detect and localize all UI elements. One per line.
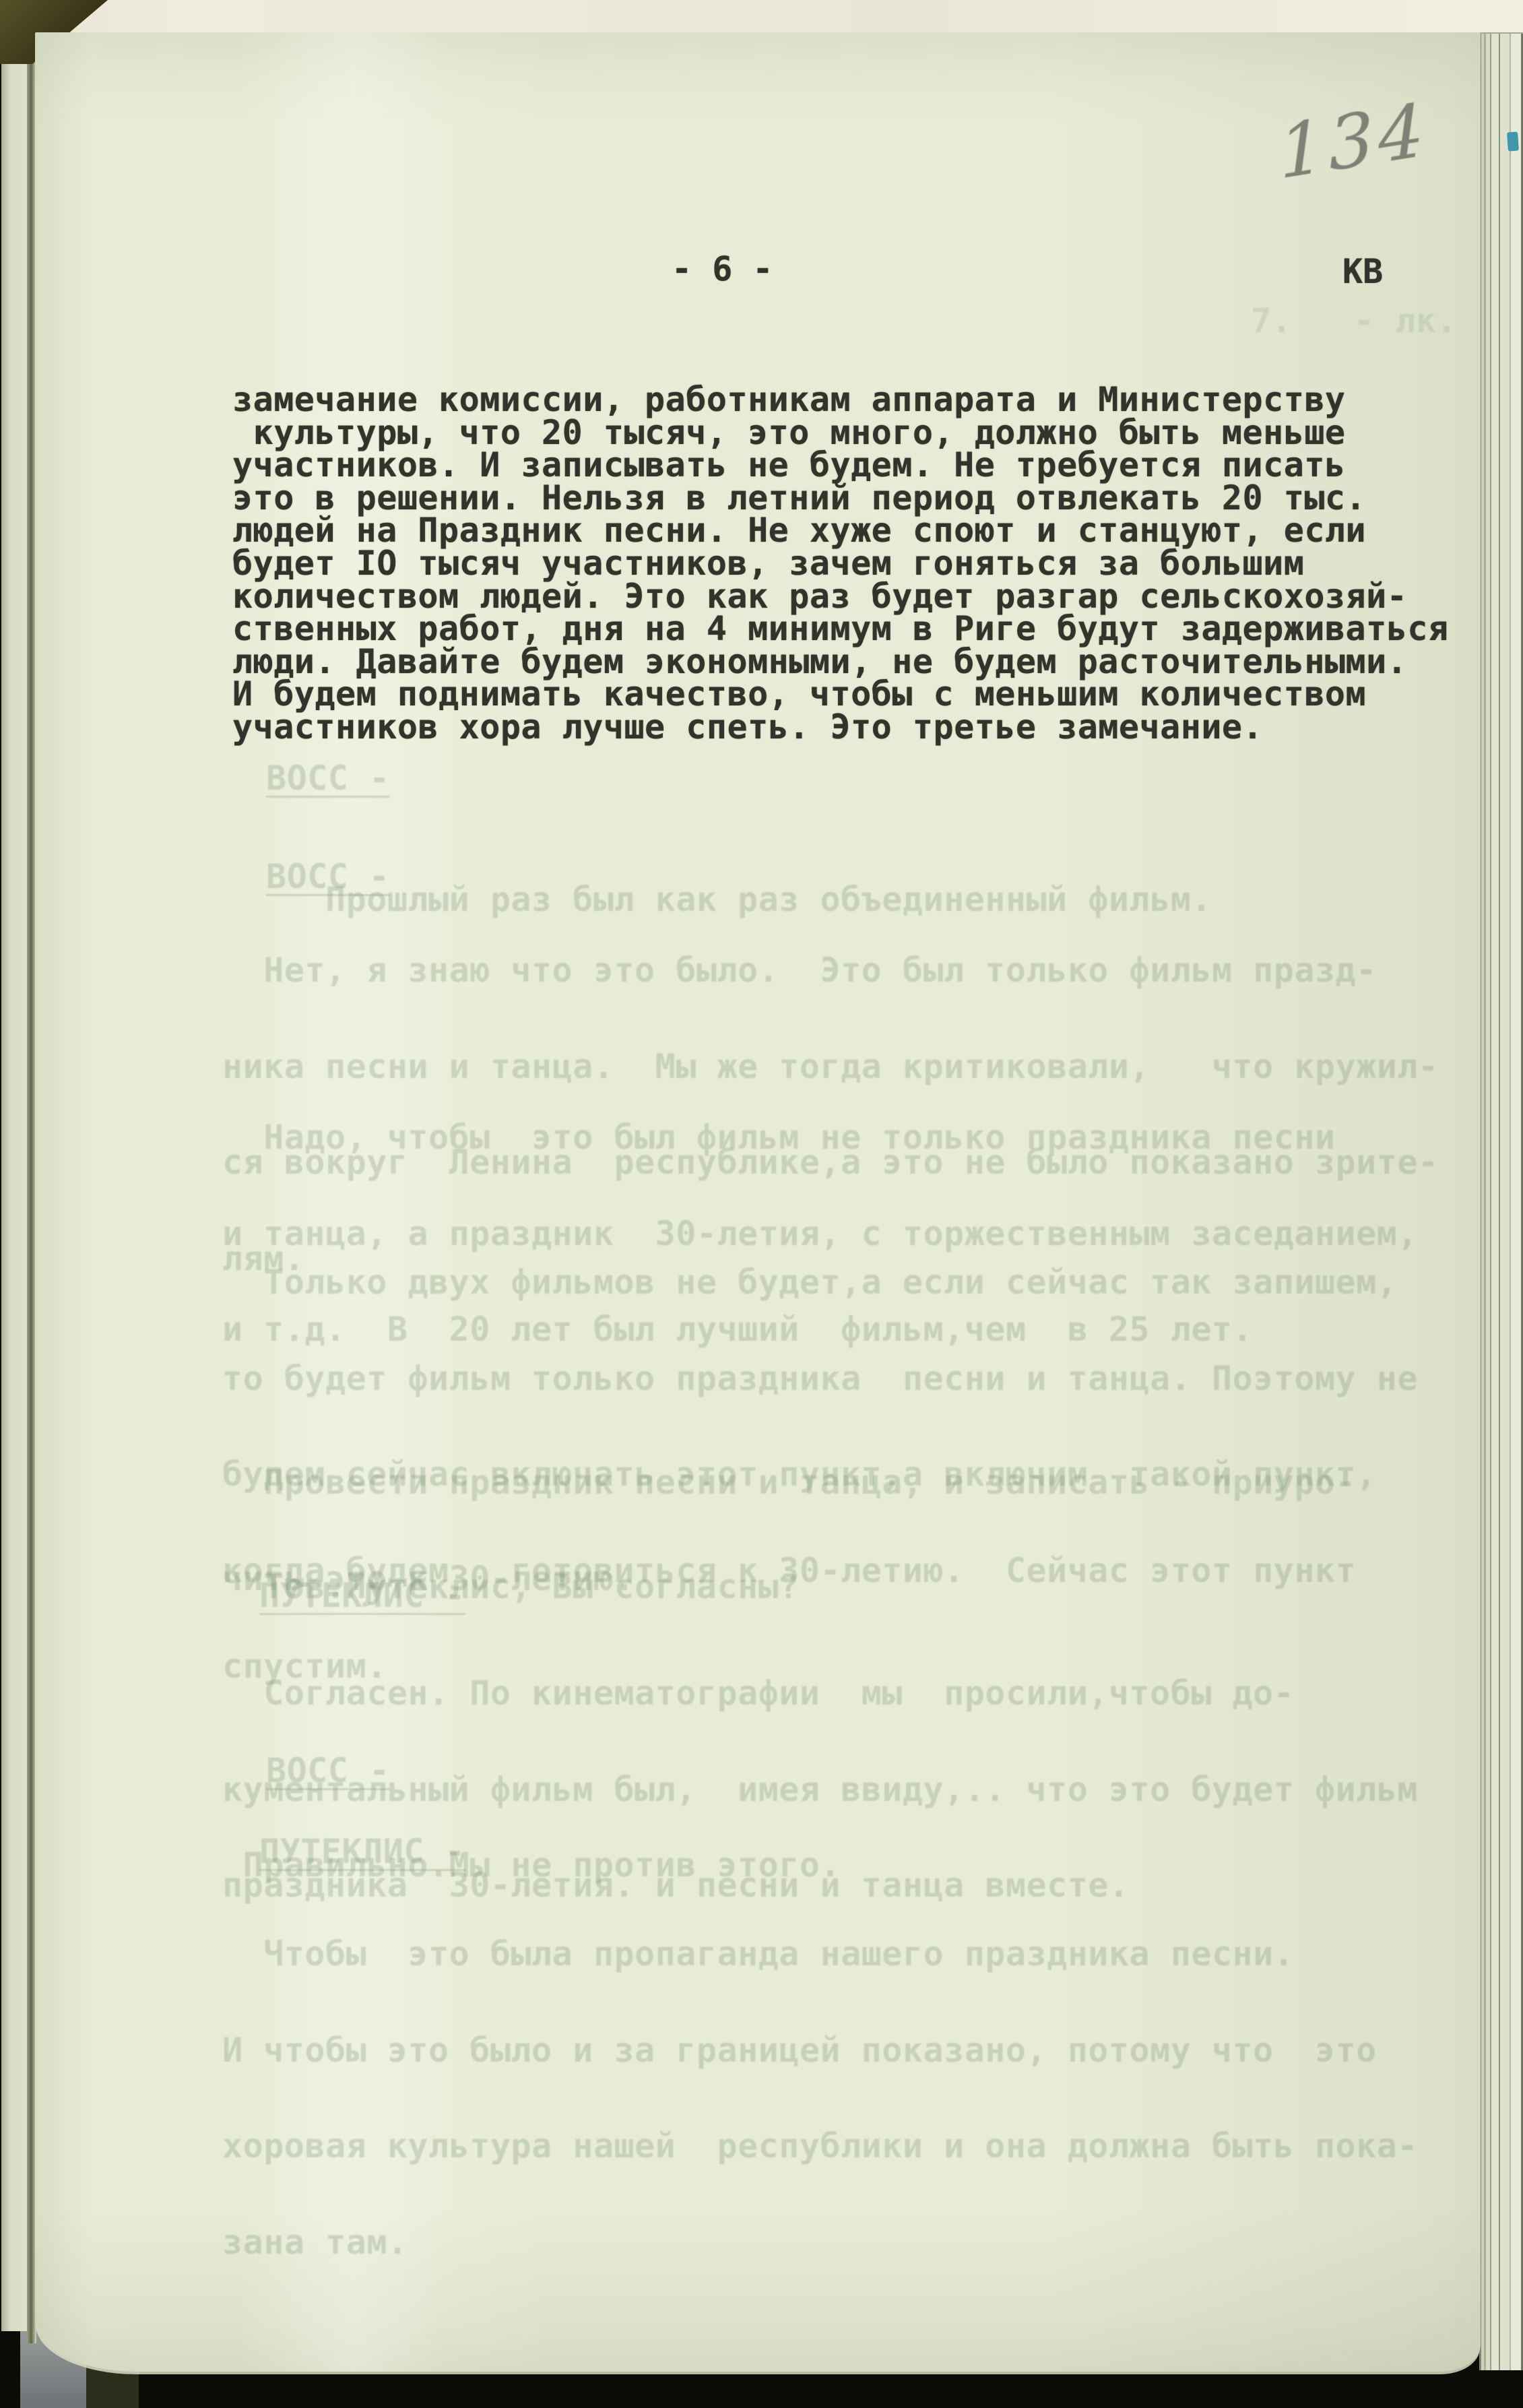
faint-speaker-heading: ВОСС - xyxy=(266,763,390,795)
page-top-edge xyxy=(0,0,1523,35)
archive-scan: 134 - 6 - КВ 7. - лк. замечание комиссии… xyxy=(0,0,1523,2408)
faint-speaker-heading: ВОСС - xyxy=(266,1755,390,1787)
faint-line: Чтобы это была пропаганда нашего праздни… xyxy=(222,1938,1418,1971)
faint-line: хоровая культура нашей республики и она … xyxy=(222,2130,1418,2163)
faint-paragraph: Чтобы это была пропаганда нашего праздни… xyxy=(222,1874,1418,2322)
typist-initials: КВ xyxy=(1342,252,1383,291)
faint-line: Нет, я знаю что это было. Это был только… xyxy=(222,955,1439,987)
typed-line: количеством людей. Это как раз будет раз… xyxy=(232,580,1449,613)
faint-line: И чтобы это было и за границей показано,… xyxy=(222,2035,1418,2067)
typed-line: люди. Давайте будем экономными, не будем… xyxy=(232,645,1449,678)
typed-page-number: - 6 - xyxy=(672,249,773,288)
faint-speaker-heading: ПУТЕКЛИС - xyxy=(259,1836,465,1868)
typed-line: ственных работ, дня на 4 минимум в Риге … xyxy=(232,612,1449,645)
faint-line: Надо, чтобы это был фильм не только праз… xyxy=(222,1122,1418,1154)
typed-line: участников. И записывать не будем. Не тр… xyxy=(232,449,1449,482)
typed-line: людей на Праздник песни. Не хуже споют и… xyxy=(232,514,1449,547)
faint-speaker-heading: ПУТЕКЛИС - xyxy=(259,1580,465,1612)
document-page: 134 - 6 - КВ 7. - лк. замечание комиссии… xyxy=(35,32,1481,2372)
typed-paragraph: замечание комиссии, работникам аппарата … xyxy=(232,383,1449,744)
faint-line: Только двух фильмов не будет,а если сейч… xyxy=(222,1267,1418,1299)
faint-line: зана там. xyxy=(222,2227,1418,2259)
faint-line: то будет фильм только праздника песни и … xyxy=(222,1363,1418,1395)
typed-line: будет IO тысяч участников, зачем гонятьс… xyxy=(232,547,1449,580)
typed-line: участников хора лучше спеть. Это третье … xyxy=(232,711,1449,744)
previous-page-edge xyxy=(1,38,27,2331)
faint-speaker-heading: ВОСС - xyxy=(266,861,390,893)
typed-line: это в решении. Нельзя в летний период от… xyxy=(232,482,1449,515)
handwritten-page-number: 134 xyxy=(1276,88,1430,196)
typed-line: И будем поднимать качество, чтобы с мень… xyxy=(232,678,1449,711)
faint-line: Провести праздник песни и танца, и запис… xyxy=(222,1467,1356,1499)
typed-line: культуры, что 20 тысяч, это много, должн… xyxy=(232,416,1449,449)
sheet-stack-edges xyxy=(1479,34,1523,2370)
faint-header-note: 7. - лк. xyxy=(1251,305,1457,338)
faint-line: Согласен. По кинематографии мы просили,ч… xyxy=(222,1678,1418,1710)
typed-line: замечание комиссии, работникам аппарата … xyxy=(232,383,1449,416)
blue-edge-mark xyxy=(1507,131,1519,151)
